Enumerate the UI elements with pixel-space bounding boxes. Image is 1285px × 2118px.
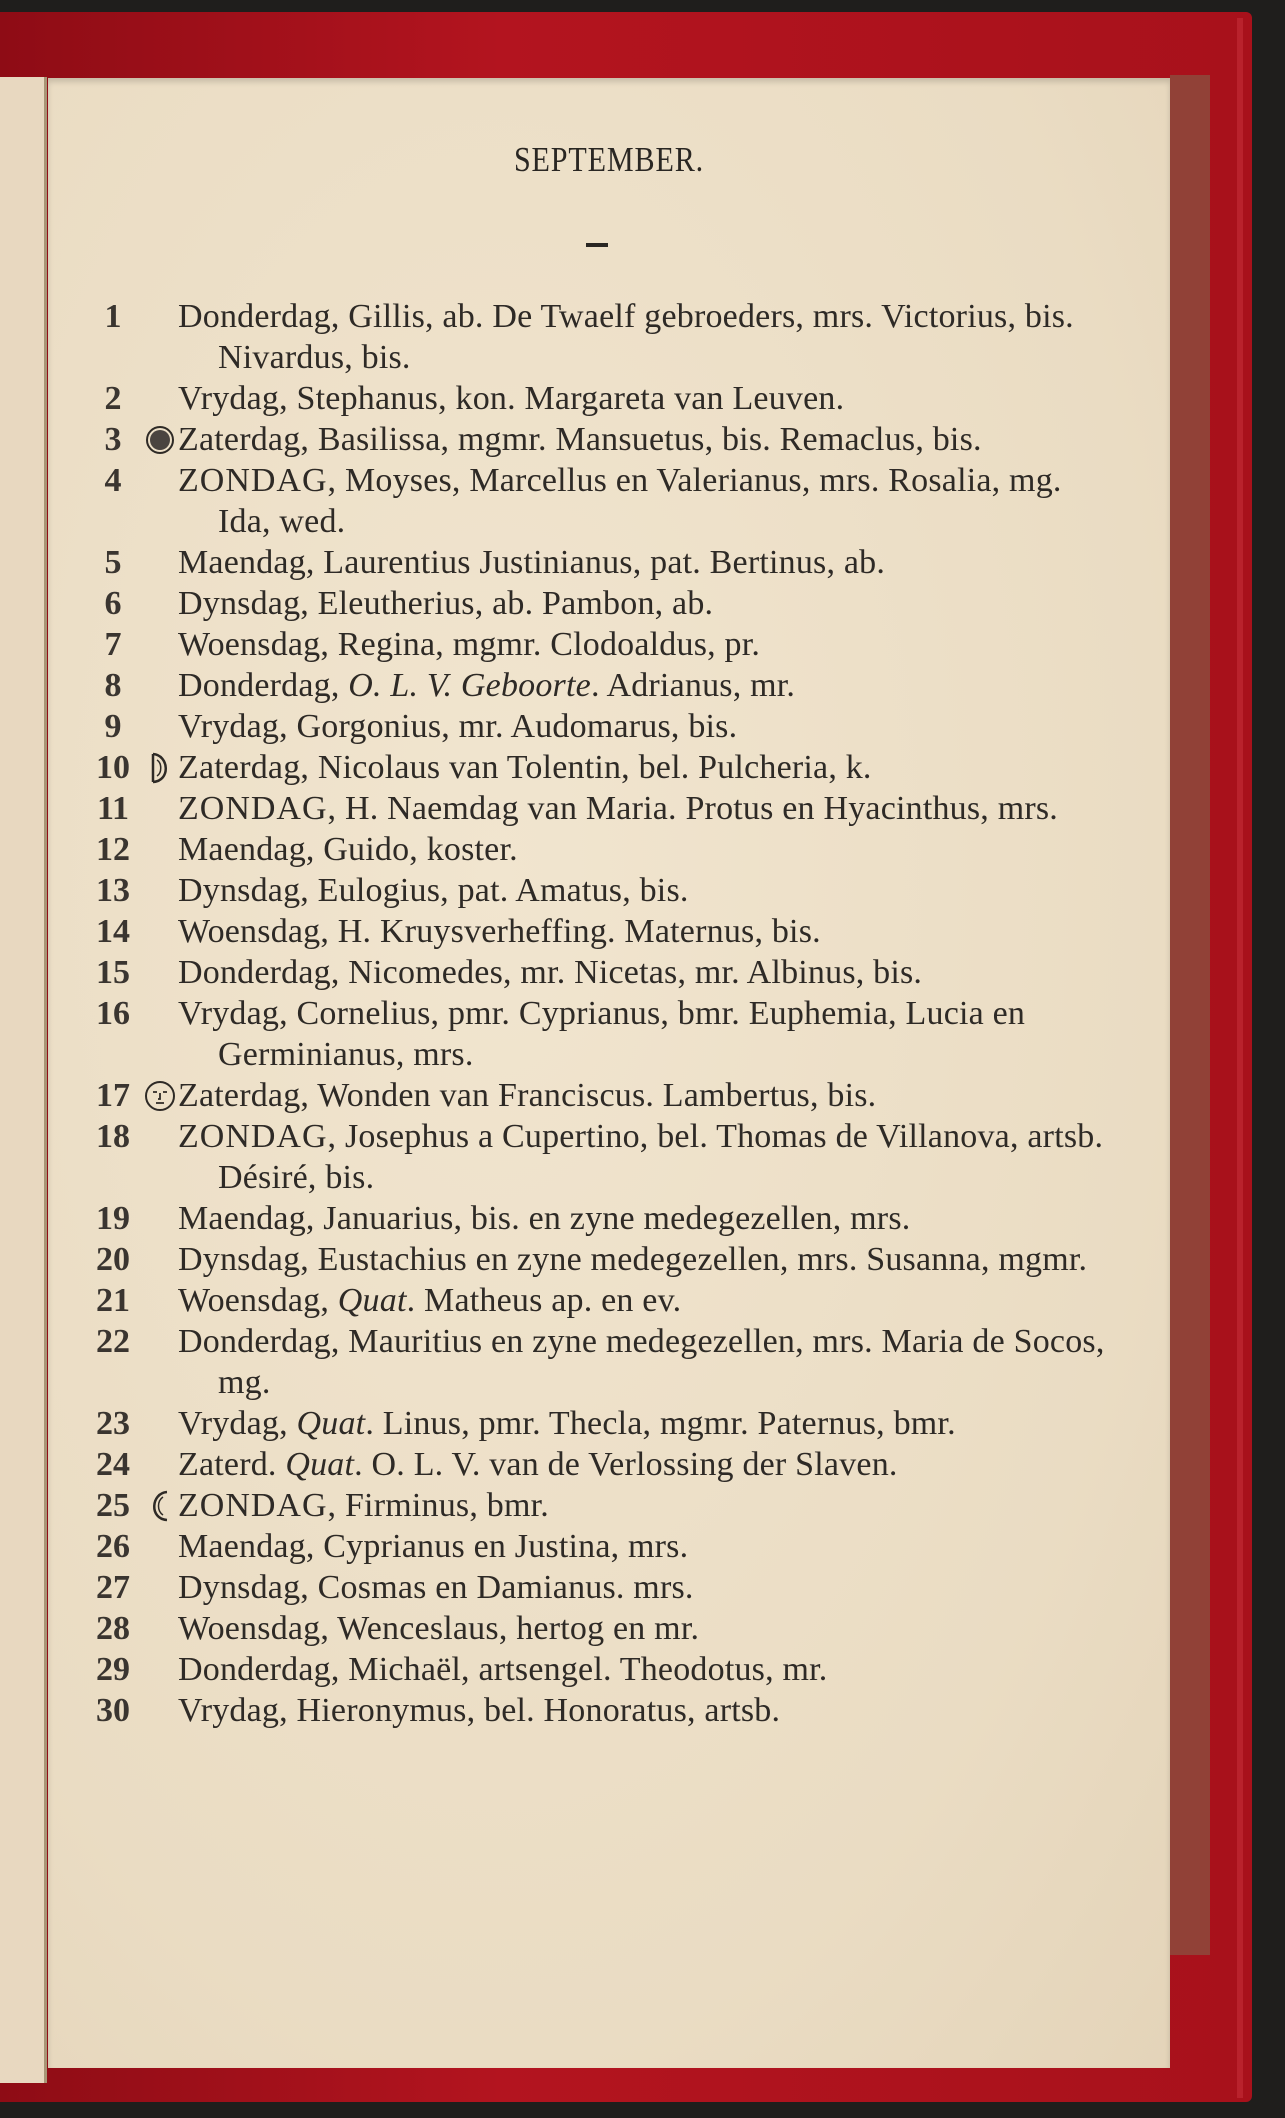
day-entry-10: 10 Zaterdag, Nicolaus van Tolentin, bel.… [84,747,1114,788]
day-entry-27: 27 Dynsdag, Cosmas en Damianus. mrs. [84,1567,1114,1608]
entry-text: Donderdag, O. L. V. Geboorte. Adrianus, … [178,665,1114,706]
entry-text: ZONDAG, Josephus a Cupertino, bel. Thoma… [178,1116,1114,1198]
day-entry-14: 14 Woensdag, H. Kruysverheffing. Maternu… [84,911,1114,952]
weekday-label: ZONDAG [178,790,328,827]
moon-phase-placeholder [142,829,178,870]
day-entry-5: 5 Maendag, Laurentius Justinianus, pat. … [84,542,1114,583]
day-number: 17 [84,1075,142,1116]
moon-phase-placeholder [142,952,178,993]
day-number: 28 [84,1608,142,1649]
cover-edge [1237,18,1243,2098]
weekday-label: Donderdag [178,1323,331,1360]
entry-text: Woensdag, Quat. Matheus ap. en ev. [178,1280,1114,1321]
day-number: 13 [84,870,142,911]
day-entry-1: 1 Donderdag, Gillis, ab. De Twaelf gebro… [84,296,1114,378]
day-entry-30: 30 Vrydag, Hieronymus, bel. Honoratus, a… [84,1690,1114,1731]
weekday-label: Vrydag [178,1692,279,1729]
weekday-label: Maendag [178,1200,306,1237]
day-number: 16 [84,993,142,1034]
page-stack-edge [1170,75,1210,1955]
weekday-label: Vrydag [178,708,279,745]
day-number: 8 [84,665,142,706]
moon-phase-placeholder [142,870,178,911]
moon-phase-placeholder [142,911,178,952]
day-entry-29: 29 Donderdag, Michaël, artsengel. Theodo… [84,1649,1114,1690]
weekday-label: Dynsdag [178,585,300,622]
weekday-label: ZONDAG [178,1118,328,1155]
weekday-label: Maendag [178,831,306,868]
day-entry-11: 11 ZONDAG, H. Naemdag van Maria. Protus … [84,788,1114,829]
feast-italic: O. L. V. Geboorte [348,667,591,704]
moon-phase-placeholder [142,706,178,747]
moon-phase-placeholder [142,583,178,624]
day-number: 27 [84,1567,142,1608]
moon-phase-placeholder [142,1690,178,1731]
day-entry-16: 16 Vrydag, Cornelius, pmr. Cyprianus, bm… [84,993,1114,1075]
day-entry-20: 20 Dynsdag, Eustachius en zyne medegezel… [84,1239,1114,1280]
day-entry-28: 28 Woensdag, Wenceslaus, hertog en mr. [84,1608,1114,1649]
entry-text: Donderdag, Mauritius en zyne medegezelle… [178,1321,1114,1403]
entry-text: Vrydag, Hieronymus, bel. Honoratus, arts… [178,1690,1114,1731]
weekday-label: ZONDAG [178,462,328,499]
new-moon-icon [142,419,178,460]
day-number: 15 [84,952,142,993]
day-number: 21 [84,1280,142,1321]
entry-text: Zaterdag, Wonden van Franciscus. Lambert… [178,1075,1114,1116]
entry-text: Maendag, Guido, koster. [178,829,1114,870]
day-entry-2: 2 Vrydag, Stephanus, kon. Margareta van … [84,378,1114,419]
moon-phase-placeholder [142,378,178,419]
entry-text: Maendag, Laurentius Justinianus, pat. Be… [178,542,1114,583]
day-number: 4 [84,460,142,501]
day-entry-8: 8 Donderdag, O. L. V. Geboorte. Adrianus… [84,665,1114,706]
entry-text: Vrydag, Quat. Linus, pmr. Thecla, mgmr. … [178,1403,1114,1444]
moon-phase-placeholder [142,1608,178,1649]
day-number: 5 [84,542,142,583]
moon-phase-placeholder [142,1116,178,1157]
weekday-label: Maendag [178,544,306,581]
day-entries: 1 Donderdag, Gillis, ab. De Twaelf gebro… [84,296,1114,1731]
day-entry-4: 4 ZONDAG, Moyses, Marcellus en Valerianu… [84,460,1114,542]
title-rule [586,243,608,247]
weekday-label: Dynsdag [178,1241,300,1278]
day-number: 11 [84,788,142,829]
entry-text: Zaterdag, Nicolaus van Tolentin, bel. Pu… [178,747,1114,788]
entry-text: Donderdag, Michaël, artsengel. Theodotus… [178,1649,1114,1690]
day-entry-23: 23 Vrydag, Quat. Linus, pmr. Thecla, mgm… [84,1403,1114,1444]
day-number: 7 [84,624,142,665]
feast-italic: Quat [285,1446,354,1483]
feast-italic: Quat [297,1405,366,1442]
weekday-label: Zaterd. [178,1446,277,1483]
last-quarter-icon [142,1485,178,1526]
entry-text: Dynsdag, Eustachius en zyne medegezellen… [178,1239,1114,1280]
day-number: 22 [84,1321,142,1362]
entry-text: Dynsdag, Eleutherius, ab. Pambon, ab. [178,583,1114,624]
day-number: 30 [84,1690,142,1731]
entry-text: Donderdag, Nicomedes, mr. Nicetas, mr. A… [178,952,1114,993]
moon-phase-placeholder [142,1567,178,1608]
weekday-label: Dynsdag [178,1569,300,1606]
entry-text: Vrydag, Gorgonius, mr. Audomarus, bis. [178,706,1114,747]
day-entry-3: 3 Zaterdag, Basilissa, mgmr. Mansuetus, … [84,419,1114,460]
moon-phase-placeholder [142,1649,178,1690]
entry-text: Zaterd. Quat. O. L. V. van de Verlossing… [178,1444,1114,1485]
day-number: 23 [84,1403,142,1444]
entry-text: Dynsdag, Eulogius, pat. Amatus, bis. [178,870,1114,911]
entry-text: Maendag, Cyprianus en Justina, mrs. [178,1526,1114,1567]
day-entry-26: 26 Maendag, Cyprianus en Justina, mrs. [84,1526,1114,1567]
entry-text: Donderdag, Gillis, ab. De Twaelf gebroed… [178,296,1114,378]
entry-text: Woensdag, Regina, mgmr. Clodoaldus, pr. [178,624,1114,665]
day-number: 29 [84,1649,142,1690]
entry-text: Woensdag, H. Kruysverheffing. Maternus, … [178,911,1114,952]
weekday-label: Woensdag [178,913,320,950]
day-number: 9 [84,706,142,747]
weekday-label: Dynsdag [178,872,300,909]
moon-phase-placeholder [142,296,178,337]
entry-text: Vrydag, Stephanus, kon. Margareta van Le… [178,378,1114,419]
day-entry-21: 21 Woensdag, Quat. Matheus ap. en ev. [84,1280,1114,1321]
moon-phase-placeholder [142,1198,178,1239]
day-number: 26 [84,1526,142,1567]
entry-text: ZONDAG, Moyses, Marcellus en Valerianus,… [178,460,1114,542]
day-number: 18 [84,1116,142,1157]
moon-phase-placeholder [142,1526,178,1567]
day-entry-17: 17 Zaterdag, Wonden van Franciscus. Lamb… [84,1075,1114,1116]
entry-text: Dynsdag, Cosmas en Damianus. mrs. [178,1567,1114,1608]
weekday-label: Vrydag [178,380,279,417]
entry-text: Woensdag, Wenceslaus, hertog en mr. [178,1608,1114,1649]
weekday-label: ZONDAG [178,1487,328,1524]
weekday-label: Zaterdag [178,421,300,458]
moon-phase-placeholder [142,1280,178,1321]
moon-phase-placeholder [142,993,178,1034]
full-moon-icon [142,1075,178,1116]
day-number: 24 [84,1444,142,1485]
day-entry-7: 7 Woensdag, Regina, mgmr. Clodoaldus, pr… [84,624,1114,665]
weekday-label: Vrydag [178,995,279,1032]
weekday-label: Woensdag [178,1610,320,1647]
page-title: SEPTEMBER. [127,140,1092,180]
weekday-label: Zaterdag [178,1077,300,1114]
moon-phase-placeholder [142,1239,178,1280]
day-entry-24: 24 Zaterd. Quat. O. L. V. van de Verloss… [84,1444,1114,1485]
day-entry-12: 12 Maendag, Guido, koster. [84,829,1114,870]
day-entry-19: 19 Maendag, Januarius, bis. en zyne mede… [84,1198,1114,1239]
weekday-label: Donderdag [178,298,331,335]
feast-italic: Quat [338,1282,407,1319]
moon-phase-placeholder [142,460,178,501]
day-entry-13: 13 Dynsdag, Eulogius, pat. Amatus, bis. [84,870,1114,911]
weekday-label: Donderdag [178,1651,331,1688]
day-number: 2 [84,378,142,419]
day-number: 19 [84,1198,142,1239]
weekday-label: Donderdag [178,954,331,991]
day-entry-22: 22 Donderdag, Mauritius en zyne medegeze… [84,1321,1114,1403]
day-number: 3 [84,419,142,460]
weekday-label: Zaterdag [178,749,300,786]
day-entry-25: 25 ZONDAG, Firminus, bmr. [84,1485,1114,1526]
day-number: 25 [84,1485,142,1526]
weekday-label: Woensdag [178,626,320,663]
day-number: 10 [84,747,142,788]
day-number: 1 [84,296,142,337]
calendar-page: SEPTEMBER. 1 Donderdag, Gillis, ab. De T… [48,78,1170,2068]
day-number: 14 [84,911,142,952]
moon-phase-placeholder [142,788,178,829]
entry-text: ZONDAG, H. Naemdag van Maria. Protus en … [178,788,1114,829]
first-quarter-icon [142,747,178,788]
entry-text: Zaterdag, Basilissa, mgmr. Mansuetus, bi… [178,419,1114,460]
entry-text: ZONDAG, Firminus, bmr. [178,1485,1114,1526]
weekday-label: Donderdag [178,667,331,704]
weekday-label: Maendag [178,1528,306,1565]
day-number: 6 [84,583,142,624]
entry-text: Vrydag, Cornelius, pmr. Cyprianus, bmr. … [178,993,1114,1075]
moon-phase-placeholder [142,624,178,665]
moon-phase-placeholder [142,1403,178,1444]
weekday-label: Vrydag [178,1405,279,1442]
day-entry-6: 6 Dynsdag, Eleutherius, ab. Pambon, ab. [84,583,1114,624]
moon-phase-placeholder [142,1321,178,1362]
day-entry-15: 15 Donderdag, Nicomedes, mr. Nicetas, mr… [84,952,1114,993]
moon-phase-placeholder [142,665,178,706]
day-number: 20 [84,1239,142,1280]
day-number: 12 [84,829,142,870]
entry-text: Maendag, Januarius, bis. en zyne medegez… [178,1198,1114,1239]
weekday-label: Woensdag [178,1282,320,1319]
moon-phase-placeholder [142,542,178,583]
moon-phase-placeholder [142,1444,178,1485]
left-page-edge [0,77,47,2083]
day-entry-18: 18 ZONDAG, Josephus a Cupertino, bel. Th… [84,1116,1114,1198]
day-entry-9: 9 Vrydag, Gorgonius, mr. Audomarus, bis. [84,706,1114,747]
